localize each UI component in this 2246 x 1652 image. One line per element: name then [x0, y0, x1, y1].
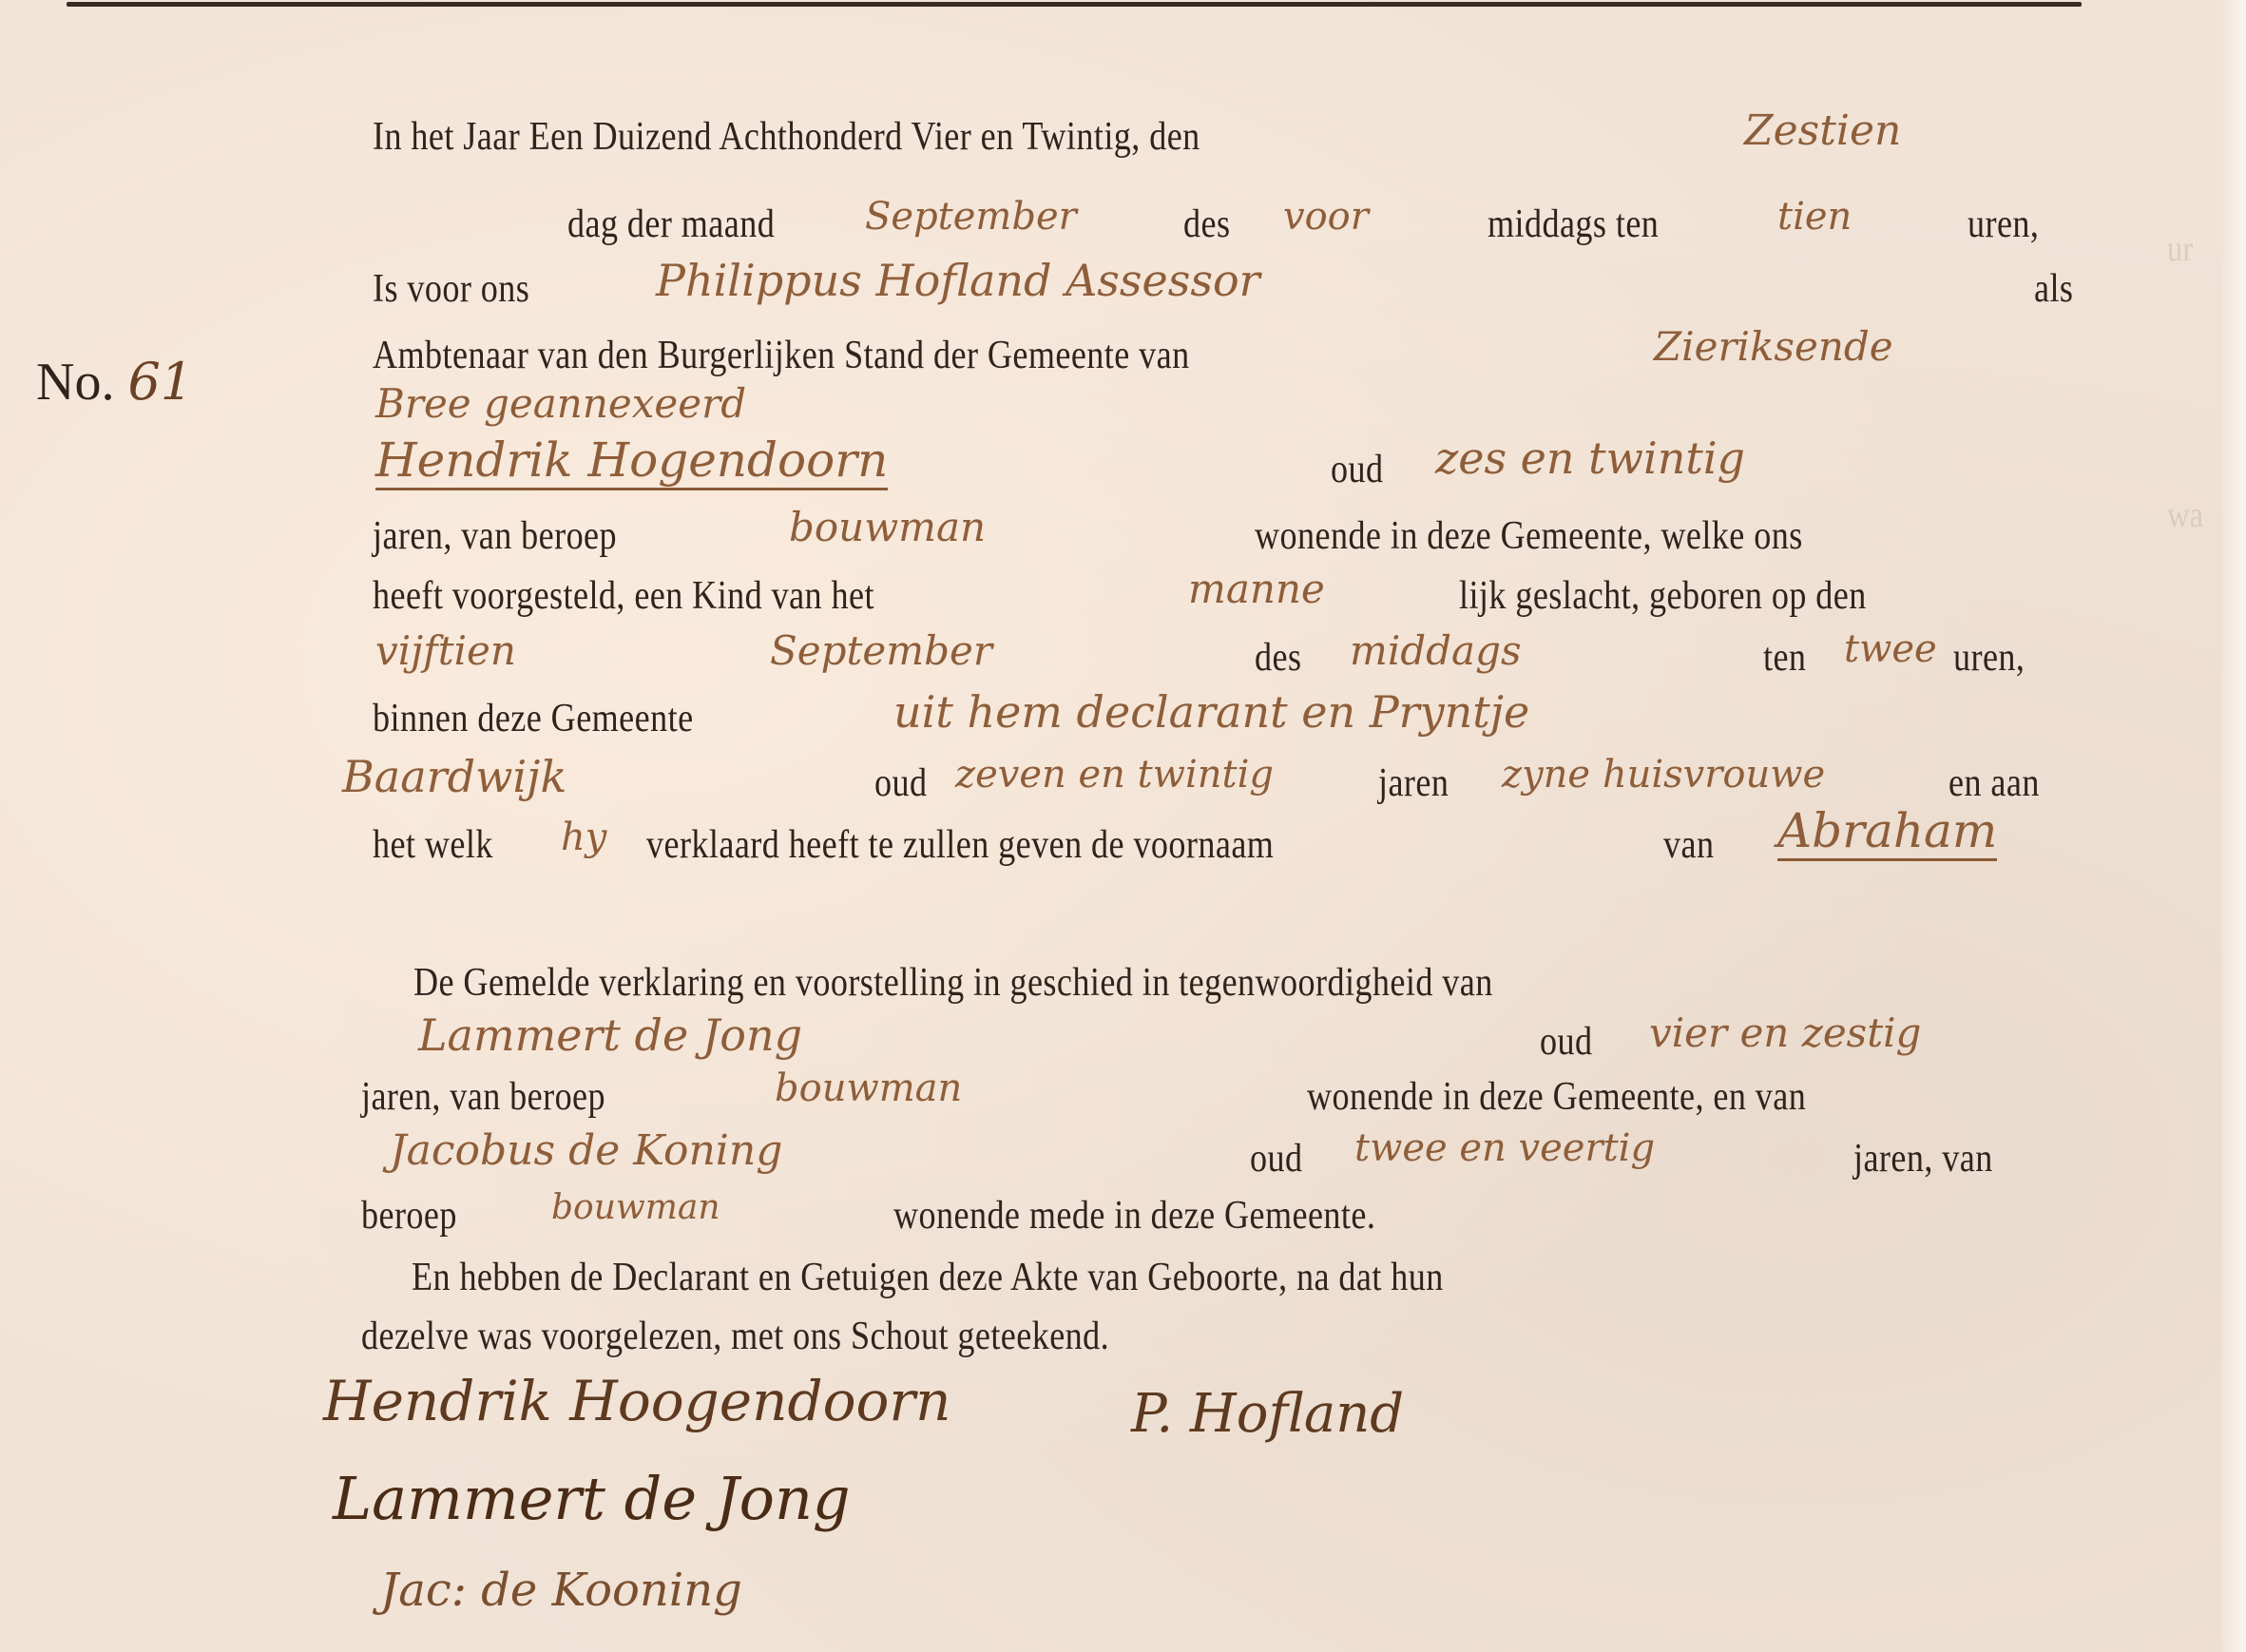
- handwritten-municipality: Zieriksende: [1654, 323, 1893, 370]
- line-15b: wonende in deze Gemeente, en van: [1307, 1074, 1806, 1120]
- line-15a: jaren, van beroep: [361, 1074, 605, 1120]
- line-17b: wonende mede in deze Gemeente.: [893, 1193, 1375, 1239]
- handwritten-hour: tien: [1777, 195, 1852, 239]
- line-16a: oud: [1250, 1136, 1302, 1181]
- line-13: De Gemelde verklaring en voorstelling in…: [413, 960, 1493, 1006]
- handwritten-birth-day: vijftien: [375, 627, 516, 674]
- line-2a: dag der maand: [567, 202, 775, 247]
- signature-witness2: Jac: de Kooning: [380, 1564, 742, 1617]
- signature-witness1: Lammert de Jong: [333, 1464, 851, 1533]
- line-7b: wonende in deze Gemeente, welke ons: [1255, 513, 1803, 559]
- line-4: Ambtenaar van den Burgerlijken Stand der…: [373, 333, 1190, 378]
- handwritten-declarant-age: zes en twintig: [1435, 432, 1745, 484]
- line-2b: des: [1183, 202, 1230, 247]
- line-19: dezelve was voorgelezen, met ons Schout …: [361, 1314, 1109, 1359]
- line-8a: heeft voorgesteld, een Kind van het: [373, 573, 874, 619]
- handwritten-month: September: [865, 195, 1077, 239]
- handwritten-middags: middags: [1350, 627, 1522, 674]
- line-12c: van: [1663, 822, 1714, 868]
- line-9b: ten: [1763, 635, 1806, 681]
- line-1: In het Jaar Een Duizend Achthonderd Vier…: [373, 114, 1200, 160]
- record-number: No. 61: [36, 352, 193, 413]
- handwritten-sex: manne: [1188, 566, 1325, 612]
- top-rule-divider: [67, 2, 2082, 7]
- printed-text: In het Jaar Een Duizend Achthonderd Vier…: [373, 115, 1200, 159]
- line-2d: uren,: [1968, 202, 2039, 247]
- handwritten-mother-age: zeven en twintig: [955, 753, 1274, 797]
- handwritten-witness2-occupation: bouwman: [551, 1188, 720, 1227]
- line-11a: oud: [874, 760, 927, 806]
- line-6: oud: [1331, 447, 1383, 492]
- line-11c: en aan: [1948, 760, 2040, 806]
- handwritten-wife: zyne huisvrouwe: [1502, 753, 1825, 797]
- handwritten-birth-hour: twee: [1844, 627, 1937, 671]
- handwritten-birth-month: September: [770, 627, 992, 674]
- handwritten-mother-intro: uit hem declarant en Pryntje: [893, 686, 1529, 738]
- signature-officer: P. Hofland: [1131, 1383, 1404, 1445]
- bleed-through-text: ur: [2167, 228, 2193, 270]
- line-2c: middags ten: [1488, 202, 1659, 247]
- handwritten-occupation: bouwman: [789, 504, 986, 550]
- handwritten-witness1-age: vier en zestig: [1649, 1009, 1921, 1056]
- handwritten-witness1-name: Lammert de Jong: [418, 1009, 802, 1061]
- line-12b: verklaard heeft te zullen geven de voorn…: [646, 822, 1274, 868]
- line-9a: des: [1255, 635, 1301, 681]
- line-7a: jaren, van beroep: [373, 513, 617, 559]
- handwritten-day: Zestien: [1744, 106, 1901, 155]
- signature-declarant: Hendrik Hoogendoorn: [323, 1369, 951, 1433]
- line-17a: beroep: [361, 1193, 457, 1239]
- line-9c: uren,: [1953, 635, 2025, 681]
- handwritten-child-name: Abraham: [1777, 803, 1997, 861]
- line-10: binnen deze Gemeente: [373, 696, 694, 741]
- page-edge: [2221, 0, 2246, 1652]
- document-page: ur wa No. 61 In het Jaar Een Duizend Ach…: [0, 0, 2246, 1652]
- handwritten-declarant-name: Hendrik Hogendoorn: [375, 432, 888, 490]
- record-number-value: 61: [127, 352, 193, 412]
- line-8b: lijk geslacht, geboren op den: [1459, 573, 1867, 619]
- handwritten-witness2-age: twee en veertig: [1354, 1126, 1655, 1170]
- handwritten-witness1-occupation: bouwman: [775, 1066, 962, 1110]
- line-16b: jaren, van: [1853, 1136, 1993, 1181]
- handwritten-witness2-name: Jacobus de Koning: [390, 1126, 782, 1175]
- record-number-label: No.: [36, 353, 114, 412]
- handwritten-annex: Bree geannexeerd: [375, 380, 746, 427]
- bleed-through-text: wa: [2167, 494, 2203, 536]
- handwritten-officer: Philippus Hofland Assessor: [656, 255, 1260, 306]
- line-3a: Is voor ons: [373, 266, 529, 312]
- handwritten-mother-surname: Baardwijk: [342, 751, 566, 802]
- line-3b: als: [2034, 266, 2073, 312]
- line-12a: het welk: [373, 822, 493, 868]
- line-11b: jaren: [1378, 760, 1449, 806]
- handwritten-hy: hy: [561, 816, 606, 859]
- handwritten-voor: voor: [1283, 195, 1369, 239]
- line-14: oud: [1540, 1019, 1592, 1065]
- line-18: En hebben de Declarant en Getuigen deze …: [412, 1255, 1444, 1300]
